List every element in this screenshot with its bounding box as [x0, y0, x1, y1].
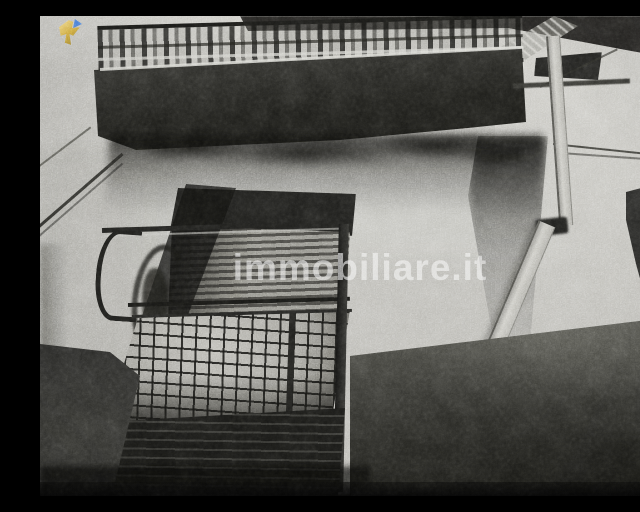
- listing-photo: immobiliare.it: [40, 16, 640, 496]
- watermark-text: immobiliare.it: [233, 247, 488, 289]
- immobiliare-logo-icon: [57, 19, 83, 46]
- logo-blue-accent: [73, 19, 82, 28]
